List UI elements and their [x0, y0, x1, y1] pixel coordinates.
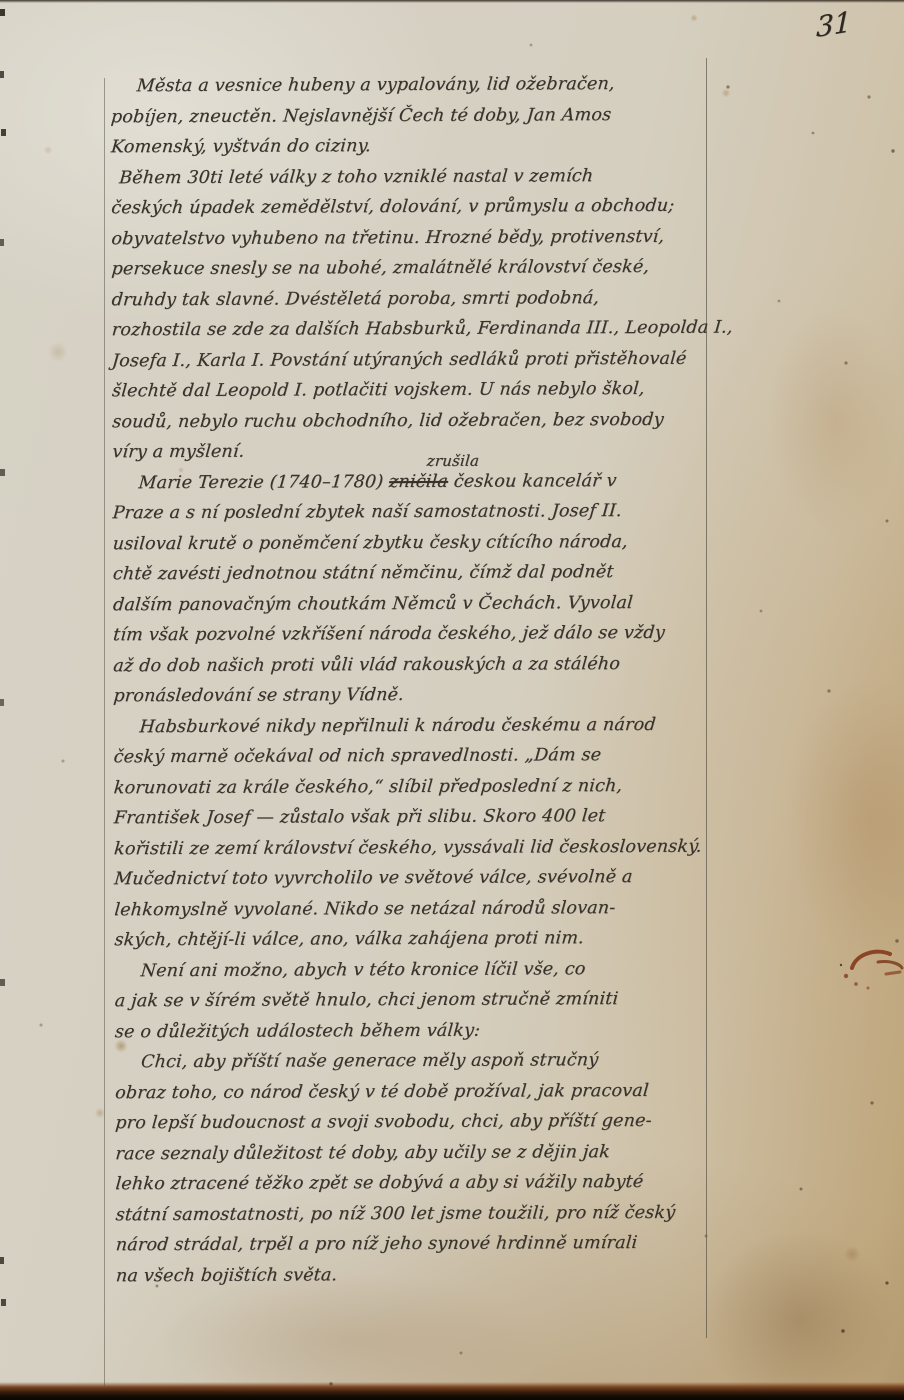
text-line: kořistili ze zemí království českého, vy… — [113, 831, 716, 864]
struck-word: zničila — [388, 471, 449, 491]
paragraph: Během 30ti leté války z toho vzniklé nas… — [110, 160, 711, 468]
text-line: Marie Terezie (1740–1780) zničilazrušila… — [111, 465, 714, 498]
manuscript-page: 31 Města a vesnice hubeny a vypalovány, … — [0, 0, 904, 1400]
text-line: dalším panovačným choutkám Němců v Čechá… — [112, 587, 715, 620]
text-line: rozhostila se zde za dalších Habsburků, … — [111, 313, 714, 346]
text-line: persekuce snesly se na ubohé, zmalátnělé… — [110, 252, 713, 285]
paragraph: Není ani možno, abych v této kronice líč… — [113, 953, 713, 1047]
text-line: český marně očekával od nich spravedlnos… — [112, 740, 715, 773]
text-line: ských, chtějí-li válce, ano, válka zaháj… — [113, 923, 716, 956]
text-line: se o důležitých událostech během války: — [114, 1014, 717, 1047]
paragraph: Chci, aby příští naše generace měly aspo… — [114, 1045, 715, 1292]
inserted-word: zrušila — [400, 453, 480, 468]
text-line: druhdy tak slavné. Dvéstěletá poroba, sm… — [110, 282, 713, 315]
ink-stain — [838, 938, 904, 1016]
text-line: Města a vesnice hubeny a vypalovány, lid… — [109, 69, 712, 102]
text-line: Mučednictví toto vyvrcholilo ve světové … — [113, 862, 716, 895]
text-line: Habsburkové nikdy nepřilnuli k národu če… — [112, 709, 715, 742]
text-line: obraz toho, co národ český v té době pro… — [114, 1075, 717, 1108]
text-line: soudů, nebylo ruchu obchodního, lid ožeb… — [111, 404, 714, 437]
text-line: národ strádal, trpěl a pro níž jeho syno… — [115, 1228, 718, 1261]
page-number: 31 — [816, 5, 852, 44]
text-line: až do dob našich proti vůli vlád rakousk… — [112, 648, 715, 681]
paragraph: Habsburkové nikdy nepřilnuli k národu če… — [112, 709, 713, 956]
text-line: František Josef — zůstalo však při slibu… — [113, 801, 716, 834]
text-line: Komenský, vyštván do ciziny. — [110, 130, 713, 163]
text-line: státní samostatnosti, po níž 300 let jsm… — [114, 1197, 717, 1230]
text-line: Chci, aby příští naše generace měly aspo… — [114, 1045, 717, 1078]
paragraph: Marie Terezie (1740–1780) zničilazrušila… — [111, 465, 712, 712]
text-line: race seznaly důležitost té doby, aby uči… — [114, 1136, 717, 1169]
text-line: Praze a s ní poslední zbytek naší samost… — [111, 496, 714, 529]
text-line: a jak se v šírém světě hnulo, chci jenom… — [113, 984, 716, 1017]
text-line: šlechtě dal Leopold I. potlačiti vojskem… — [111, 374, 714, 407]
text-line: tím však pozvolné vzkříšení národa české… — [112, 618, 715, 651]
margin-line-left — [104, 78, 105, 1390]
text-line: Není ani možno, abych v této kronice líč… — [113, 953, 716, 986]
text-line: pro lepší budoucnost a svoji svobodu, ch… — [114, 1106, 717, 1139]
text-line: českých úpadek zemědělství, dolování, v … — [110, 191, 713, 224]
text-line: korunovati za krále českého,“ slíbil pře… — [113, 770, 716, 803]
page-bottom-edge — [0, 1382, 904, 1400]
text-line: Během 30ti leté války z toho vzniklé nas… — [110, 160, 713, 193]
manuscript-text: Města a vesnice hubeny a vypalovány, lid… — [109, 69, 714, 1292]
text-line: obyvatelstvo vyhubeno na třetinu. Hrozné… — [110, 221, 713, 254]
text-line: chtě zavésti jednotnou státní němčinu, č… — [112, 557, 715, 590]
paragraph: Města a vesnice hubeny a vypalovány, lid… — [109, 69, 709, 163]
text-line: pronásledování se strany Vídně. — [112, 679, 715, 712]
text-line: lehko ztracené těžko zpět se dobývá a ab… — [114, 1167, 717, 1200]
text-line: lehkomyslně vyvolané. Nikdo se netázal n… — [113, 892, 716, 925]
text-line: pobíjen, zneuctěn. Nejslavnější Čech té … — [110, 99, 713, 132]
text-line: usiloval krutě o poněmčení zbytku česky … — [111, 526, 714, 559]
text-line: Josefa I., Karla I. Povstání utýraných s… — [111, 343, 714, 376]
page-top-edge — [0, 0, 904, 3]
text-line: na všech bojištích světa. — [115, 1258, 718, 1291]
